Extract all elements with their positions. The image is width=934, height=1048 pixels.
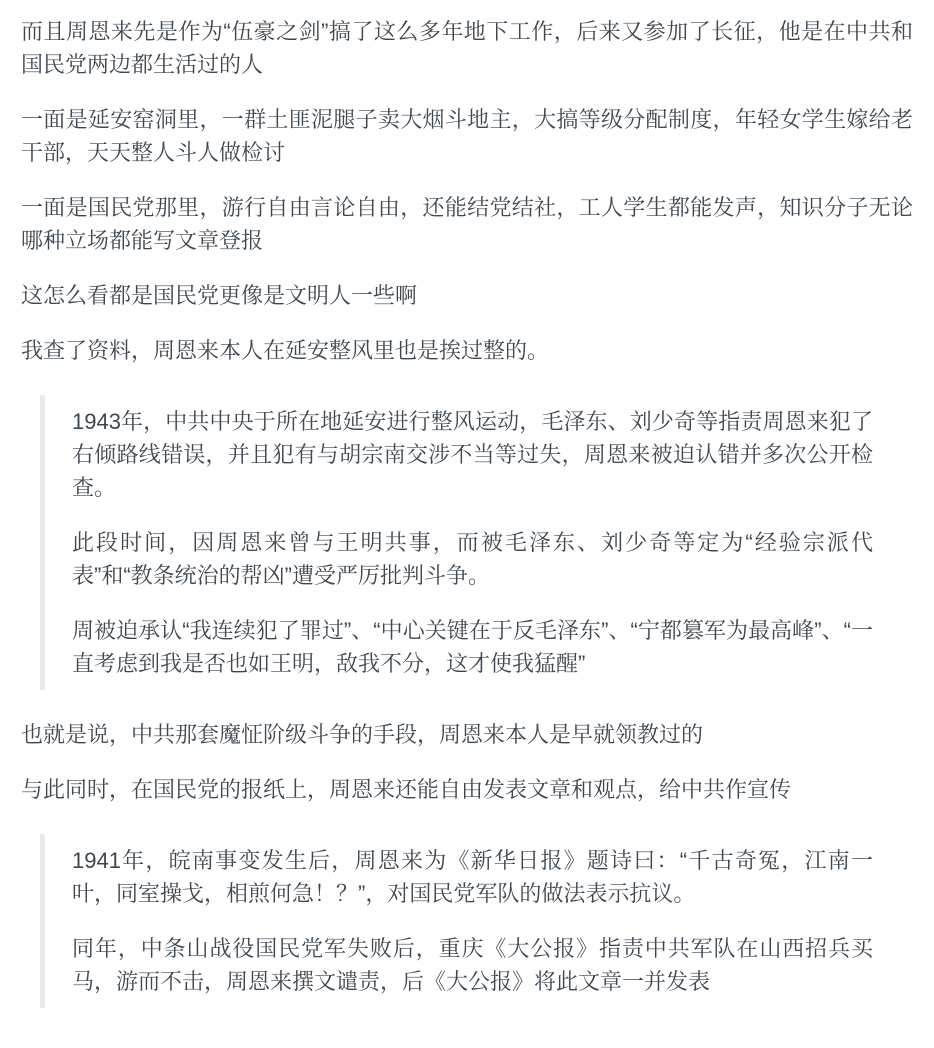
paragraph: 而且周恩来先是作为“伍豪之剑”搞了这么多年地下工作，后来又参加了长征，他是在中共… xyxy=(21,15,913,81)
quote-paragraph: 1941年，皖南事变发生后，周恩来为《新华日报》题诗曰：“千古奇冤，江南一叶，同… xyxy=(72,844,873,910)
blockquote: 1941年，皖南事变发生后，周恩来为《新华日报》题诗曰：“千古奇冤，江南一叶，同… xyxy=(40,834,913,1008)
quote-paragraph: 1943年，中共中央于所在地延安进行整风运动，毛泽东、刘少奇等指责周恩来犯了右倾… xyxy=(72,405,873,504)
quote-paragraph: 周被迫承认“我连续犯了罪过”、“中心关键在于反毛泽东”、“宁都篡军为最高峰”、“… xyxy=(72,614,873,680)
quote-paragraph: 此段时间，因周恩来曾与王明共事，而被毛泽东、刘少奇等定为“经验宗派代表”和“教条… xyxy=(72,526,873,592)
paragraph: 一面是延安窑洞里，一群土匪泥腿子卖大烟斗地主，大搞等级分配制度，年轻女学生嫁给老… xyxy=(21,103,913,169)
quote-paragraph: 同年，中条山战役国民党军失败后，重庆《大公报》指责中共军队在山西招兵买马，游而不… xyxy=(72,932,873,998)
blockquote: 1943年，中共中央于所在地延安进行整风运动，毛泽东、刘少奇等指责周恩来犯了右倾… xyxy=(40,395,913,690)
article-body: 而且周恩来先是作为“伍豪之剑”搞了这么多年地下工作，后来又参加了长征，他是在中共… xyxy=(0,0,934,1048)
paragraph: 一面是国民党那里，游行自由言论自由，还能结党结社，工人学生都能发声，知识分子无论… xyxy=(21,191,913,257)
paragraph: 我查了资料，周恩来本人在延安整风里也是挨过整的。 xyxy=(21,334,913,367)
paragraph: 这怎么看都是国民党更像是文明人一些啊 xyxy=(21,279,913,312)
paragraph: 与此同时，在国民党的报纸上，周恩来还能自由发表文章和观点，给中共作宣传 xyxy=(21,773,913,806)
paragraph: 也就是说，中共那套魔怔阶级斗争的手段，周恩来本人是早就领教过的 xyxy=(21,718,913,751)
